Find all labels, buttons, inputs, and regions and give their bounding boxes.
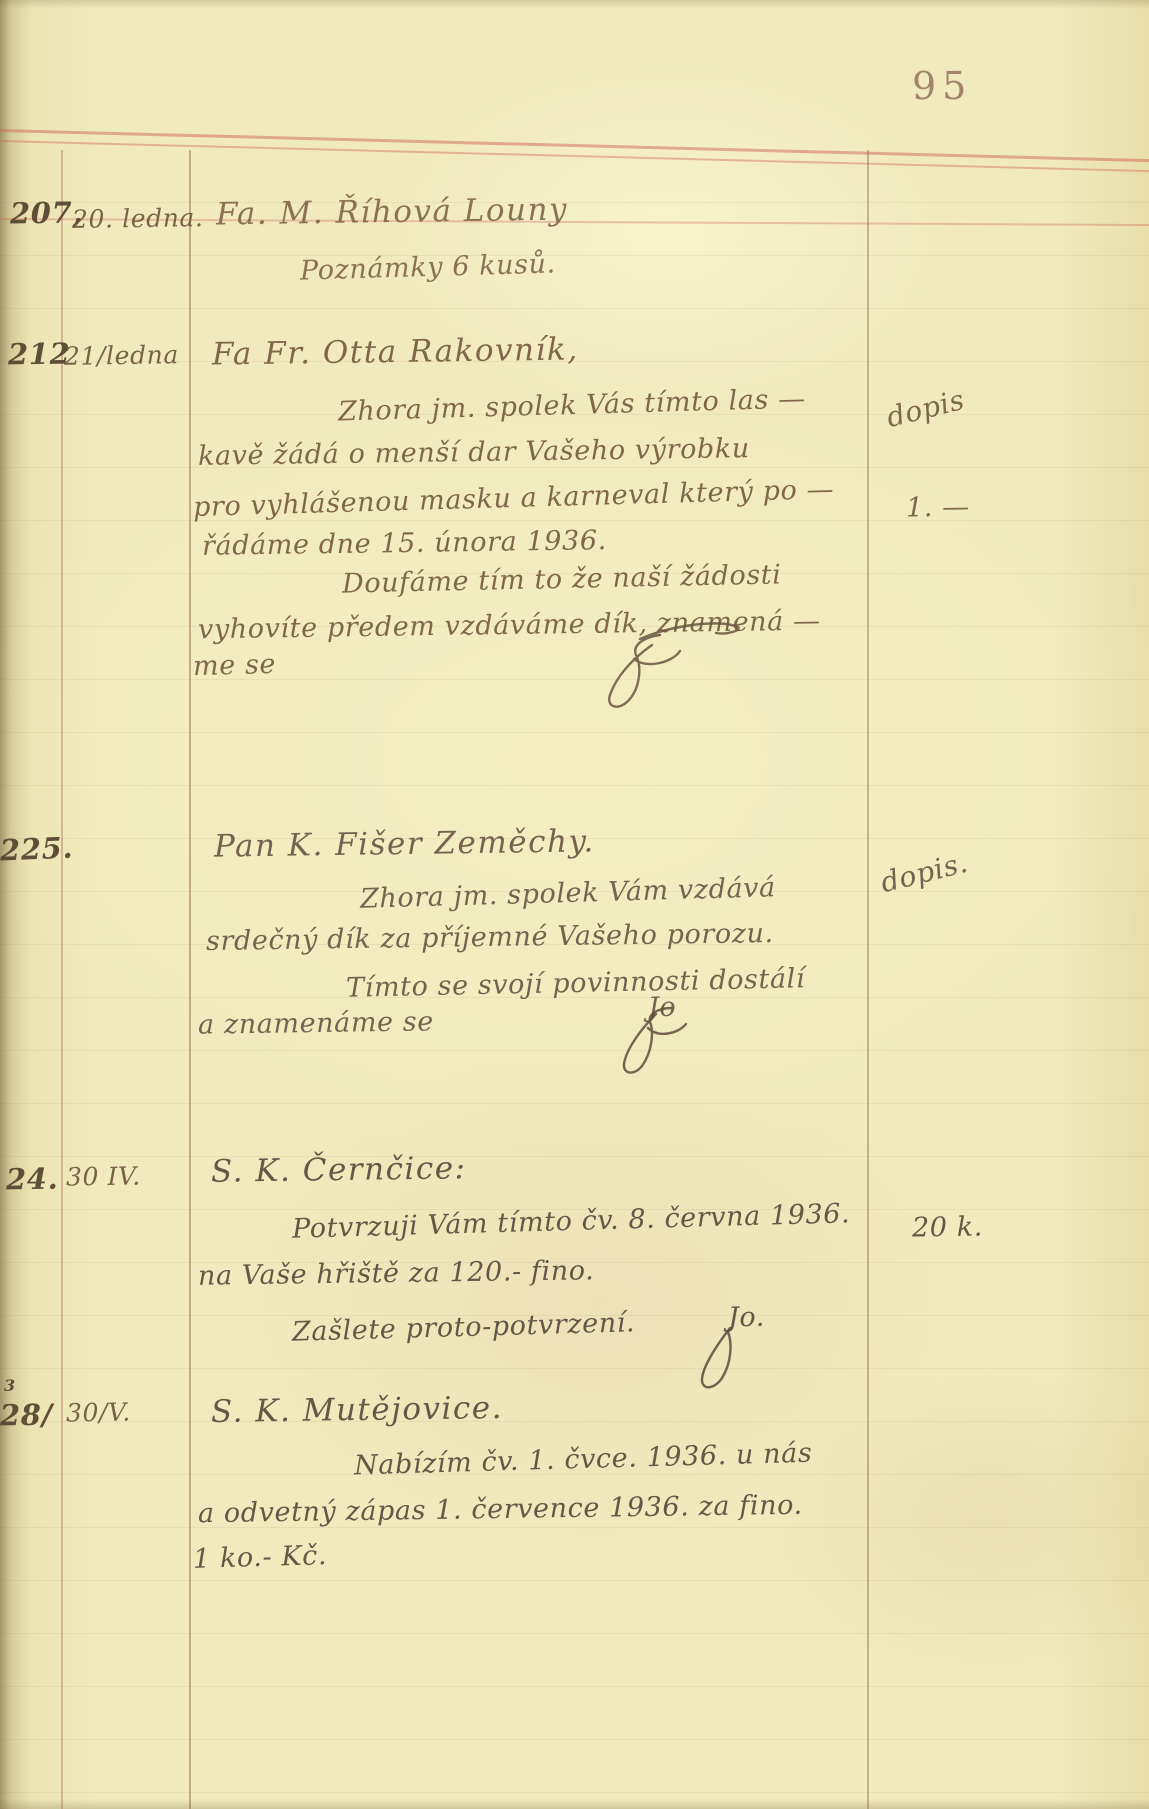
entry-line: kavě žádá o menší dar Vašeho výrobku [198, 433, 750, 472]
entry-heading: S. K. Mutějovice. [211, 1390, 503, 1430]
entry-line: me se [193, 649, 277, 682]
page-number: 95 [912, 64, 972, 108]
entry-heading: S. K. Černčice: [211, 1150, 467, 1190]
entry-number-superscript: 3 [4, 1376, 16, 1395]
entry-line: na Vaše hřiště za 120.- fino. [198, 1255, 595, 1292]
entry-date: 30/V. [66, 1398, 131, 1428]
column-rule-date [189, 150, 191, 1809]
column-rule-margin [867, 150, 869, 1809]
margin-amount: 1. — [906, 492, 970, 524]
page-bottom-edge [0, 1799, 1149, 1809]
signature-flourish [588, 615, 758, 714]
entry-heading: Fa Fr. Otta Rakovník, [212, 331, 579, 372]
entry-heading: Pan K. Fišer Zeměchy. [214, 823, 595, 864]
signature-flourish [612, 998, 732, 1082]
entry-date: 30 IV. [66, 1161, 141, 1191]
entry-line: Tímto se svojí povinnosti dostálí [346, 963, 806, 1004]
entry-line: řádáme dne 15. února 1936. [202, 525, 607, 562]
entry-number: 212 [8, 337, 71, 372]
entry-line: a znamenáme se [198, 1006, 434, 1040]
entry-line: Nabízím čv. 1. čvce. 1936. u nás [354, 1438, 813, 1482]
margin-amount: 20 k. [912, 1212, 983, 1244]
entry-date: 20. ledna. [72, 203, 204, 234]
entry-line: Zhora jm. spolek Vám vzdává [360, 872, 777, 915]
entry-number: 24. [6, 1162, 59, 1197]
entry-date: 21/ledna [64, 340, 179, 371]
entry-line: srdečný dík za příjemné Vašeho porozu. [206, 918, 774, 957]
margin-note: dopis [883, 383, 968, 434]
signature-flourish [690, 1310, 800, 1399]
column-rule-number [61, 150, 63, 1809]
page-top-edge [0, 0, 1149, 9]
entry-line: pro vyhlášenou masku a karneval který po… [193, 474, 835, 523]
entry-line: Poznámky 6 kusů. [300, 248, 557, 286]
entry-heading: Fa. M. Říhová Louny [216, 192, 568, 233]
entry-line: Zašlete proto-potvrzení. [292, 1307, 636, 1348]
entry-number: 28/ [0, 1398, 53, 1433]
margin-note: dopis. [877, 846, 971, 899]
red-header-rule [0, 129, 1149, 175]
entry-line: 1 ko.- Kč. [193, 1540, 328, 1575]
scanned-ledger-page: 95 207, 20. ledna. Fa. M. Říhová Louny P… [0, 0, 1149, 1809]
entry-line: Doufáme tím to že naší žádosti [342, 559, 782, 599]
entry-line: a odvetný zápas 1. července 1936. za fin… [198, 1490, 803, 1529]
entry-line: Potvrzuji Vám tímto čv. 8. června 1936. [292, 1198, 851, 1245]
entry-number: 225. [0, 831, 74, 868]
entry-line: Zhora jm. spolek Vás tímto las — [338, 383, 806, 427]
page-left-edge [0, 0, 28, 1809]
